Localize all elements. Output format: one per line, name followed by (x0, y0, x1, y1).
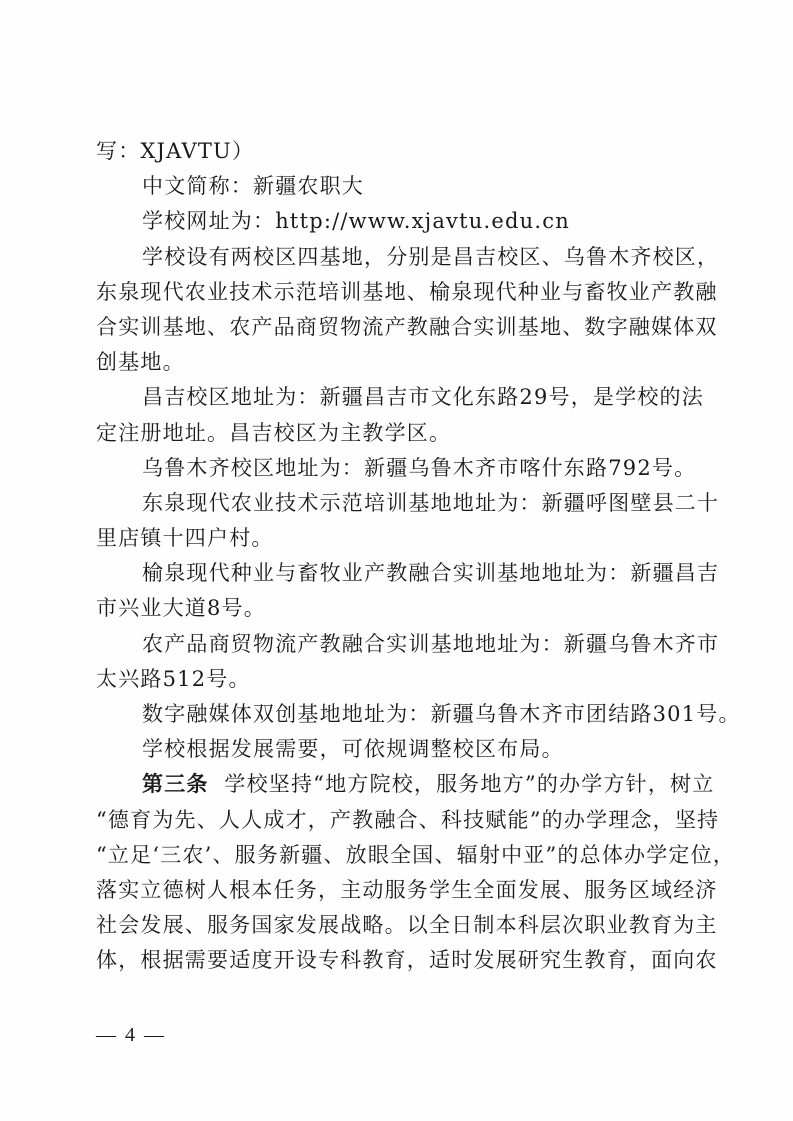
text-line: 合实训基地、农产品商贸物流产教融合实训基地、数字融媒体双 (96, 310, 686, 345)
text-line: 农产品商贸物流产教融合实训基地地址为：新疆乌鲁木齐市 (96, 627, 686, 662)
text-line: 乌鲁木齐校区地址为：新疆乌鲁木齐市喀什东路792号。 (96, 451, 686, 486)
text-line: 创基地。 (96, 345, 686, 380)
text-line: 学校设有两校区四基地，分别是昌吉校区、乌鲁木齐校区， (96, 240, 686, 275)
text-line: “德育为先、人人成才，产教融合、科技赋能”的办学理念，坚持 (96, 803, 686, 838)
text-line: 榆泉现代种业与畜牧业产教融合实训基地地址为：新疆昌吉 (96, 556, 686, 591)
text-line: 社会发展、服务国家发展战略。以全日制本科层次职业教育为主 (96, 908, 686, 943)
text-line: 市兴业大道8号。 (96, 591, 686, 626)
text-line: 太兴路512号。 (96, 662, 686, 697)
text-line: 写：XJAVTU） (96, 134, 686, 169)
text-line: 体，根据需要适度开设专科教育，适时发展研究生教育，面向农 (96, 943, 686, 978)
article-3-first-line: 第三条 学校坚持“地方院校，服务地方”的办学方针，树立 (96, 767, 686, 802)
text-line: 落实立德树人根本任务，主动服务学生全面发展、服务区域经济 (96, 873, 686, 908)
body-text: 写：XJAVTU） 中文简称：新疆农职大 学校网址为：http://www.xj… (96, 134, 686, 979)
text-line: 中文简称：新疆农职大 (96, 169, 686, 204)
document-page: 写：XJAVTU） 中文简称：新疆农职大 学校网址为：http://www.xj… (0, 0, 793, 1121)
text-line: 东泉现代农业技术示范培训基地地址为：新疆呼图壁县二十 (96, 486, 686, 521)
text-line: 定注册地址。昌吉校区为主教学区。 (96, 416, 686, 451)
text-line: 数字融媒体双创基地地址为：新疆乌鲁木齐市团结路301号。 (96, 697, 686, 732)
text-line: “立足‘三农’、服务新疆、放眼全国、辐射中亚”的总体办学定位， (96, 838, 686, 873)
text-line: 学校网址为：http://www.xjavtu.edu.cn (96, 204, 686, 239)
article-heading: 第三条 (142, 772, 209, 796)
text-line: 学校根据发展需要，可依规调整校区布局。 (96, 732, 686, 767)
text-line: 昌吉校区地址为：新疆昌吉市文化东路29号，是学校的法 (96, 380, 686, 415)
article-text: 学校坚持“地方院校，服务地方”的办学方针，树立 (224, 772, 714, 796)
text-line: 东泉现代农业技术示范培训基地、榆泉现代种业与畜牧业产教融 (96, 275, 686, 310)
text-line: 里店镇十四户村。 (96, 521, 686, 556)
page-number: — 4 — (96, 1024, 166, 1047)
